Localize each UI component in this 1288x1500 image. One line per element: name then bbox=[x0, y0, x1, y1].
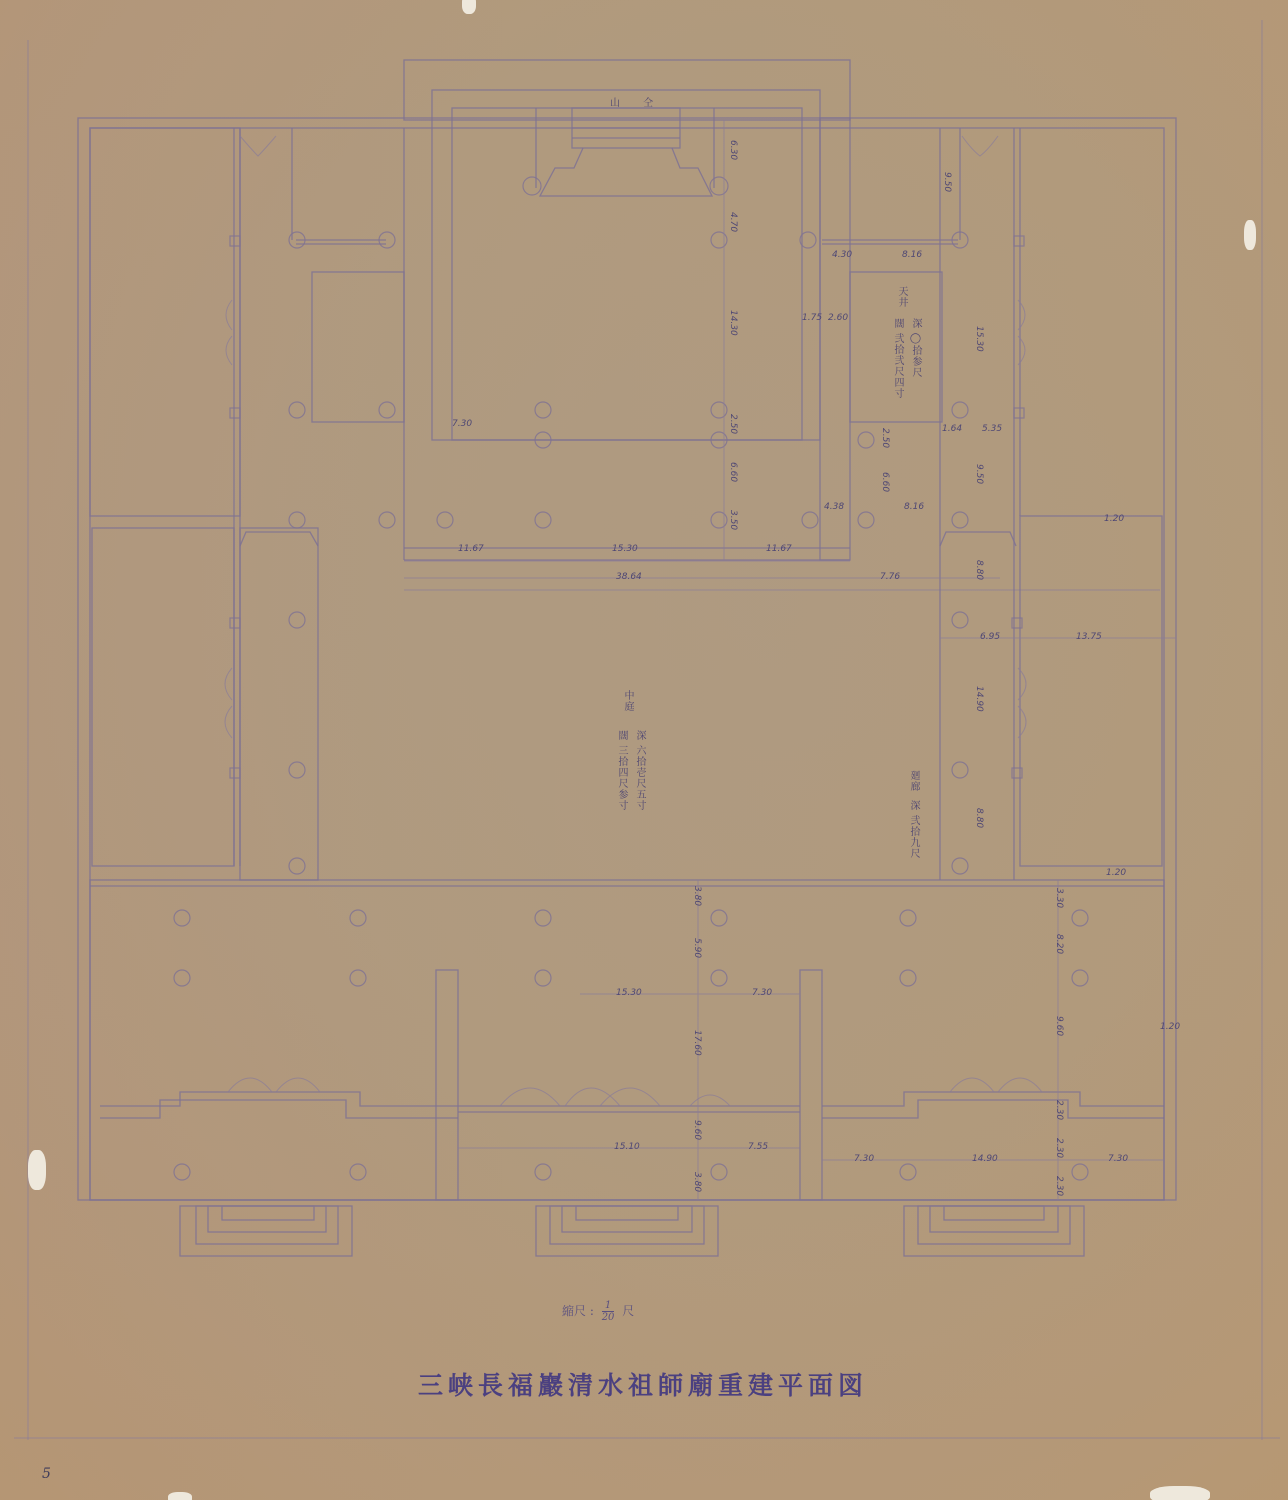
top-hall-label: 山 仝 bbox=[610, 94, 663, 109]
scale-label: 縮尺 : bbox=[562, 1304, 594, 1318]
dim-label: 9.60 bbox=[692, 1120, 702, 1140]
dim-label: 15.30 bbox=[612, 544, 638, 554]
blueprint-sheet: 山 仝 7.30 11.67 15.30 11.67 38.64 7.76 4.… bbox=[0, 0, 1288, 1500]
paper-tear bbox=[1150, 1486, 1210, 1500]
drawing-title: 三峡長福巖清水祖師廟重建平面図 bbox=[418, 1366, 868, 1402]
dim-label: 1.20 bbox=[1106, 868, 1126, 878]
dim-label: 7.30 bbox=[452, 419, 472, 429]
note-side-corridor: 廻廊 bbox=[906, 770, 920, 792]
dim-label: 1.75 bbox=[802, 313, 822, 323]
dim-label: 15.30 bbox=[616, 988, 642, 998]
scale-fraction: 1 20 bbox=[602, 1300, 615, 1323]
sheet-mark: 5 bbox=[42, 1466, 51, 1482]
dim-label: 14.30 bbox=[728, 310, 738, 336]
dim-label: 7.30 bbox=[854, 1154, 874, 1164]
dim-label: 2.30 bbox=[1054, 1138, 1064, 1158]
dim-label: 15.30 bbox=[974, 326, 984, 352]
dim-label: 6.95 bbox=[980, 632, 1000, 642]
dim-label: 4.70 bbox=[728, 212, 738, 232]
dim-label: 8.16 bbox=[904, 502, 924, 512]
paper-tear bbox=[168, 1492, 192, 1500]
dim-label: 38.64 bbox=[616, 572, 642, 582]
dim-label: 11.67 bbox=[458, 544, 484, 554]
note-zhongting: 中庭 bbox=[620, 690, 634, 712]
dim-label: 2.30 bbox=[1054, 1100, 1064, 1120]
dim-label: 4.30 bbox=[832, 250, 852, 260]
dim-label: 7.55 bbox=[748, 1142, 768, 1152]
dim-label: 2.50 bbox=[728, 414, 738, 434]
dim-label: 8.80 bbox=[974, 808, 984, 828]
note-zhongting-depth: 深 六拾壱尺五寸 bbox=[632, 730, 646, 811]
dim-label: 14.90 bbox=[972, 1154, 998, 1164]
dim-label: 4.38 bbox=[824, 502, 844, 512]
dim-label: 9.50 bbox=[942, 172, 952, 192]
note-tianjing-width: 闊 弐拾弐尺四寸 bbox=[890, 318, 904, 399]
scale-denominator: 20 bbox=[602, 1312, 615, 1323]
dim-label: 11.67 bbox=[766, 544, 792, 554]
dim-label: 1.20 bbox=[1160, 1022, 1180, 1032]
scale-suffix: 尺 bbox=[622, 1304, 634, 1318]
paper-tear bbox=[1244, 220, 1256, 250]
dim-label: 3.80 bbox=[692, 886, 702, 906]
dim-label: 17.60 bbox=[692, 1030, 702, 1056]
dim-label: 15.10 bbox=[614, 1142, 640, 1152]
scale-numerator: 1 bbox=[602, 1300, 615, 1312]
dim-label: 2.60 bbox=[828, 313, 848, 323]
paper-tear bbox=[462, 0, 476, 14]
dim-label: 6.30 bbox=[728, 140, 738, 160]
paper-tear bbox=[28, 1150, 46, 1190]
dim-label: 3.30 bbox=[1054, 888, 1064, 908]
dim-label: 5.35 bbox=[982, 424, 1002, 434]
dim-label: 3.80 bbox=[692, 1172, 702, 1192]
note-zhongting-width: 闊 三拾四尺参寸 bbox=[614, 730, 628, 811]
dim-label: 7.30 bbox=[1108, 1154, 1128, 1164]
note-tianjing-depth: 深 ◯拾参尺 bbox=[908, 318, 922, 378]
dim-label: 2.30 bbox=[1054, 1176, 1064, 1196]
dim-label: 14.90 bbox=[974, 686, 984, 712]
dim-label: 8.80 bbox=[974, 560, 984, 580]
dim-label: 3.50 bbox=[728, 510, 738, 530]
scale-indicator: 縮尺 : 1 20 尺 bbox=[562, 1300, 634, 1323]
dim-label: 6.60 bbox=[728, 462, 738, 482]
dim-label: 8.16 bbox=[902, 250, 922, 260]
dim-label: 9.50 bbox=[974, 464, 984, 484]
dim-label: 5.90 bbox=[692, 938, 702, 958]
dim-label: 13.75 bbox=[1076, 632, 1102, 642]
note-tianjing: 天井 bbox=[894, 286, 908, 308]
dim-label: 6.60 bbox=[880, 472, 890, 492]
note-side-corridor-depth: 深 弐拾九尺 bbox=[906, 800, 920, 859]
dim-label: 7.30 bbox=[752, 988, 772, 998]
dim-label: 9.60 bbox=[1054, 1016, 1064, 1036]
dim-label: 1.20 bbox=[1104, 514, 1124, 524]
dim-label: 2.50 bbox=[880, 428, 890, 448]
dim-label: 7.76 bbox=[880, 572, 900, 582]
dim-label: 8.20 bbox=[1054, 934, 1064, 954]
dim-label: 1.64 bbox=[942, 424, 962, 434]
